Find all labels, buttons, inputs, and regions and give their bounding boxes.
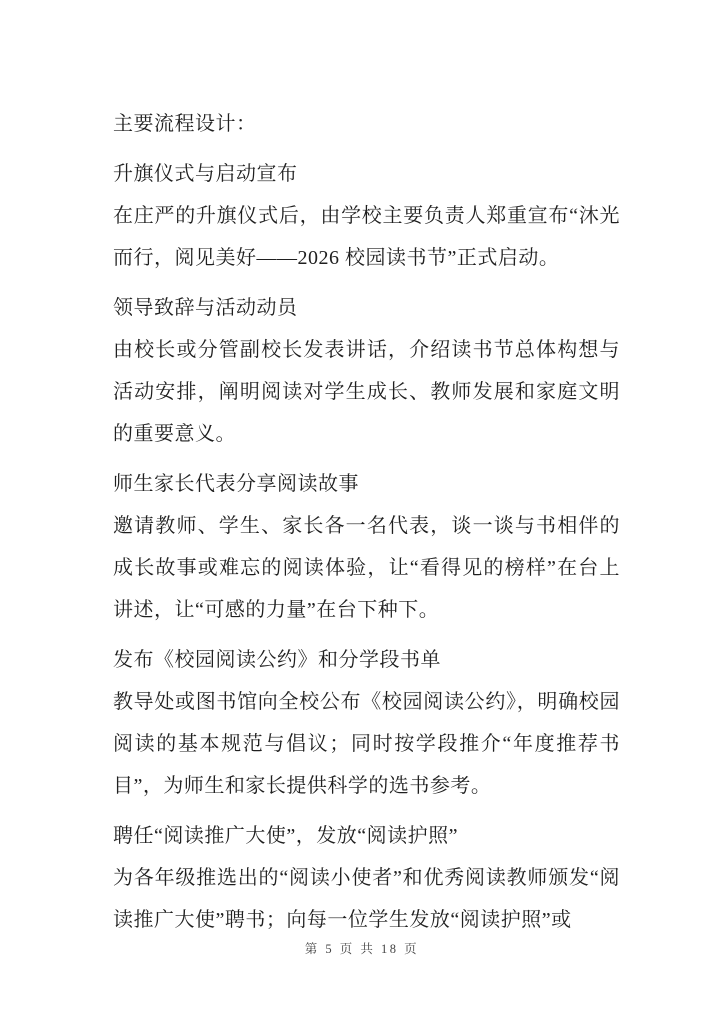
document-body: 主要流程设计： 升旗仪式与启动宣布 在庄严的升旗仪式后，由学校主要负责人郑重宣布… bbox=[113, 103, 620, 949]
intro-paragraph: 主要流程设计： bbox=[113, 103, 620, 145]
section-heading: 师生家长代表分享阅读故事 bbox=[113, 463, 620, 505]
document-section: 师生家长代表分享阅读故事 邀请教师、学生、家长各一名代表，谈一谈与书相伴的成长故… bbox=[113, 463, 620, 631]
section-heading: 领导致辞与活动动员 bbox=[113, 287, 620, 329]
sections-container: 升旗仪式与启动宣布 在庄严的升旗仪式后，由学校主要负责人郑重宣布“沐光而行，阅见… bbox=[113, 153, 620, 941]
page-number-text: 第 5 页 共 18 页 bbox=[305, 942, 419, 956]
page-footer: 第 5 页 共 18 页 bbox=[0, 941, 724, 958]
section-heading: 聘任“阅读推广大使”，发放“阅读护照” bbox=[113, 815, 620, 857]
section-heading: 发布《校园阅读公约》和分学段书单 bbox=[113, 639, 620, 681]
section-body-paragraph: 为各年级推选出的“阅读小使者”和优秀阅读教师颁发“阅读推广大使”聘书；向每一位学… bbox=[113, 857, 620, 941]
section-heading: 升旗仪式与启动宣布 bbox=[113, 153, 620, 195]
document-section: 领导致辞与活动动员 由校长或分管副校长发表讲话，介绍读书节总体构想与活动安排，阐… bbox=[113, 287, 620, 455]
document-page: 主要流程设计： 升旗仪式与启动宣布 在庄严的升旗仪式后，由学校主要负责人郑重宣布… bbox=[0, 0, 724, 1024]
document-section: 聘任“阅读推广大使”，发放“阅读护照” 为各年级推选出的“阅读小使者”和优秀阅读… bbox=[113, 815, 620, 941]
section-body-paragraph: 教导处或图书馆向全校公布《校园阅读公约》，明确校园阅读的基本规范与倡议；同时按学… bbox=[113, 681, 620, 807]
section-body-paragraph: 邀请教师、学生、家长各一名代表，谈一谈与书相伴的成长故事或难忘的阅读体验，让“看… bbox=[113, 505, 620, 631]
section-body-paragraph: 在庄严的升旗仪式后，由学校主要负责人郑重宣布“沐光而行，阅见美好——2026 校… bbox=[113, 195, 620, 279]
document-section: 发布《校园阅读公约》和分学段书单 教导处或图书馆向全校公布《校园阅读公约》，明确… bbox=[113, 639, 620, 807]
document-section: 升旗仪式与启动宣布 在庄严的升旗仪式后，由学校主要负责人郑重宣布“沐光而行，阅见… bbox=[113, 153, 620, 279]
section-body-paragraph: 由校长或分管副校长发表讲话，介绍读书节总体构想与活动安排，阐明阅读对学生成长、教… bbox=[113, 329, 620, 455]
